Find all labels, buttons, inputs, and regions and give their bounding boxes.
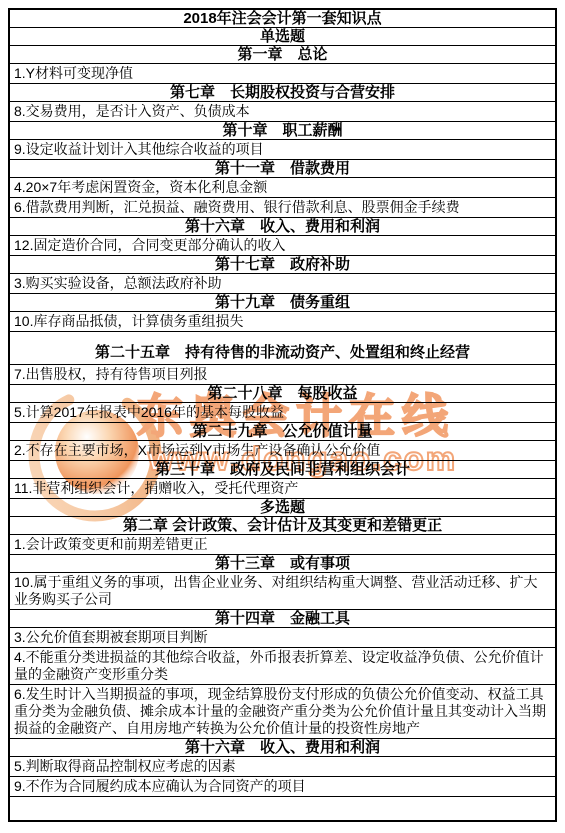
- knowledge-item-row: 7.出售股权，持有待售项目列报: [10, 364, 555, 384]
- row-text: 第十三章 或有事项: [215, 555, 350, 572]
- chapter-header-row: 第十一章 借款费用: [10, 159, 555, 177]
- empty-row: [10, 796, 555, 820]
- chapter-header-row: 第二章 会计政策、会计估计及其变更和差错更正: [10, 516, 555, 534]
- chapter-header-row: 第二十八章 每股收益: [10, 384, 555, 402]
- knowledge-item-row: 2.不存在主要市场，X市场运到Y市场生产设备确认公允价值: [10, 440, 555, 460]
- chapter-header-row: 第十六章 收入、费用和利润: [10, 217, 555, 235]
- knowledge-item-row: 6.借款费用判断，汇兑损益、融资费用、银行借款利息、股票佣金手续费: [10, 197, 555, 217]
- row-text: 第十七章 政府补助: [215, 256, 350, 273]
- chapter-header-row: 第十章 职工薪酬: [10, 121, 555, 139]
- chapter-header-row: 第三十章 政府及民间非营利组织会计: [10, 460, 555, 478]
- row-text: 第十四章 金融工具: [215, 610, 350, 627]
- chapter-header-row: 第十四章 金融工具: [10, 609, 555, 627]
- knowledge-item-row: 6.发生时计入当期损益的事项，现金结算股份支付形成的负债公允价值变动、权益工具重…: [10, 684, 555, 738]
- chapter-header-row: 第十六章 收入、费用和利润: [10, 738, 555, 756]
- row-text: 6.发生时计入当期损益的事项，现金结算股份支付形成的负债公允价值变动、权益工具重…: [14, 686, 551, 737]
- chapter-header-row: 第二十九章 公允价值计量: [10, 422, 555, 440]
- row-text: 12.固定造价合同，合同变更部分确认的收入: [14, 237, 285, 254]
- knowledge-item-row: 1.会计政策变更和前期差错更正: [10, 534, 555, 554]
- row-text: 第二章 会计政策、会计估计及其变更和差错更正: [123, 517, 442, 534]
- row-text: 9.不作为合同履约成本应确认为合同资产的项目: [14, 778, 306, 795]
- knowledge-item-row: 3.购买实验设备，总额法政府补助: [10, 273, 555, 293]
- knowledge-item-row: 5.判断取得商品控制权应考虑的因素: [10, 756, 555, 776]
- row-text: 8.交易费用，是否计入资产、负债成本: [14, 103, 250, 120]
- row-text: 2.不存在主要市场，X市场运到Y市场生产设备确认公允价值: [14, 442, 380, 459]
- knowledge-item-row: 9.设定收益计划计入其他综合收益的项目: [10, 139, 555, 159]
- row-text: 3.购买实验设备，总额法政府补助: [14, 275, 222, 292]
- document-page: 东奥会计在线 www.dongao.com 2018年注会会计第一套知识点单选题…: [0, 0, 565, 833]
- row-text: 第一章 总论: [237, 46, 327, 63]
- row-text: 1.Y材料可变现净值: [14, 65, 133, 82]
- knowledge-item-row: 3.公允价值套期被套期项目判断: [10, 627, 555, 647]
- knowledge-item-row: 10.属于重组义务的事项，出售企业业务、对组织结构重大调整、营业活动迁移、扩大业…: [10, 572, 555, 609]
- knowledge-item-row: 11.非营利组织会计，捐赠收入，受托代理资产: [10, 478, 555, 498]
- knowledge-item-row: 4.20×7年考虑闲置资金，资本化利息金额: [10, 177, 555, 197]
- row-text: 5.判断取得商品控制权应考虑的因素: [14, 758, 236, 775]
- row-text: 6.借款费用判断，汇兑损益、融资费用、银行借款利息、股票佣金手续费: [14, 199, 460, 216]
- chapter-header-row: 第七章 长期股权投资与合营安排: [10, 83, 555, 101]
- knowledge-item-row: 1.Y材料可变现净值: [10, 63, 555, 83]
- chapter-header-row: 第十九章 债务重组: [10, 293, 555, 311]
- row-text: 4.20×7年考虑闲置资金，资本化利息金额: [14, 179, 267, 196]
- row-text: 7.出售股权，持有待售项目列报: [14, 366, 208, 383]
- row-text: 单选题: [260, 28, 305, 45]
- row-text: 5.计算2017年报表中2016年的基本每股收益: [14, 404, 284, 421]
- section-header-row: 单选题: [10, 27, 555, 45]
- row-text: 第二十八章 每股收益: [207, 385, 357, 402]
- row-text: 4.不能重分类进损益的其他综合收益，外币报表折算差、设定收益净负债、公允价值计量…: [14, 649, 551, 683]
- row-text: 第三十章 政府及民间非营利组织会计: [155, 461, 410, 478]
- section-header-row: 多选题: [10, 498, 555, 516]
- row-text: 10.属于重组义务的事项，出售企业业务、对组织结构重大调整、营业活动迁移、扩大业…: [14, 574, 551, 608]
- row-text: 第七章 长期股权投资与合营安排: [170, 84, 395, 101]
- chapter-header-row: 第十七章 政府补助: [10, 255, 555, 273]
- row-text: 3.公允价值套期被套期项目判断: [14, 629, 208, 646]
- row-text: 第二十九章 公允价值计量: [192, 423, 372, 440]
- row-text: 11.非营利组织会计，捐赠收入，受托代理资产: [14, 480, 298, 497]
- chapter-header-row: 第一章 总论: [10, 45, 555, 63]
- row-text: 第十九章 债务重组: [215, 294, 350, 311]
- row-text: 第十一章 借款费用: [215, 160, 350, 177]
- knowledge-item-row: 8.交易费用，是否计入资产、负债成本: [10, 101, 555, 121]
- row-text: 9.设定收益计划计入其他综合收益的项目: [14, 141, 264, 158]
- knowledge-item-row: 12.固定造价合同，合同变更部分确认的收入: [10, 235, 555, 255]
- knowledge-item-row: 9.不作为合同履约成本应确认为合同资产的项目: [10, 776, 555, 796]
- row-text: 多选题: [260, 499, 305, 516]
- row-text: 1.会计政策变更和前期差错更正: [14, 536, 208, 553]
- knowledge-points-table: 2018年注会会计第一套知识点单选题第一章 总论1.Y材料可变现净值第七章 长期…: [8, 8, 557, 822]
- table-title-row: 2018年注会会计第一套知识点: [10, 10, 555, 27]
- knowledge-item-row: 4.不能重分类进损益的其他综合收益，外币报表折算差、设定收益净负债、公允价值计量…: [10, 647, 555, 684]
- row-text: 第十六章 收入、费用和利润: [185, 739, 380, 756]
- knowledge-item-row: 10.库存商品抵债，计算债务重组损失: [10, 311, 555, 331]
- knowledge-item-row: 5.计算2017年报表中2016年的基本每股收益: [10, 402, 555, 422]
- row-text: 第十六章 收入、费用和利润: [185, 218, 380, 235]
- row-text: 第二十五章 持有待售的非流动资产、处置组和终止经营: [95, 344, 470, 361]
- chapter-header-row: 第十三章 或有事项: [10, 554, 555, 572]
- row-text: 10.库存商品抵债，计算债务重组损失: [14, 313, 243, 330]
- row-text: 第十章 职工薪酬: [222, 122, 342, 139]
- row-text: 2018年注会会计第一套知识点: [183, 10, 381, 27]
- chapter-header-row: 第二十五章 持有待售的非流动资产、处置组和终止经营: [10, 331, 555, 364]
